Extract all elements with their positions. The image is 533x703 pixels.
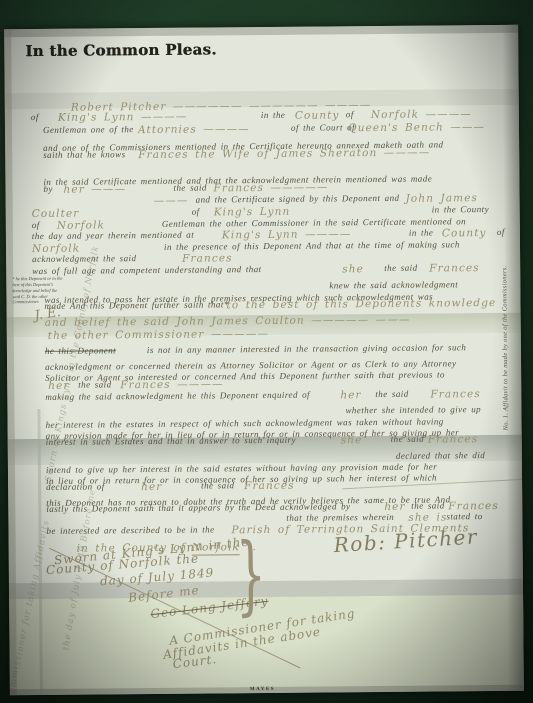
handwritten-text: Frances: [428, 433, 479, 445]
printed-text: of the Court of: [291, 122, 355, 133]
scanned-document: In the Common Pleas. Robert Pitcher ————…: [0, 0, 533, 703]
handwritten-text: County: [295, 109, 340, 121]
printed-text: of: [192, 207, 200, 217]
handwritten-text: Frances: [182, 252, 233, 264]
printed-text: made And this Deponent further saith tha…: [44, 299, 228, 311]
printer-mark: MAYES: [250, 687, 275, 692]
printed-text: interest in such Estates and that in ans…: [46, 435, 296, 447]
printed-text: stated to: [446, 511, 482, 521]
handwritten-text: County: [442, 227, 487, 239]
document-paper: In the Common Pleas. Robert Pitcher ————…: [4, 25, 524, 695]
handwritten-text: King's Lynn: [214, 206, 291, 219]
margin-footnote: * he this Deponent or to the best of thi…: [12, 276, 64, 306]
jurat-brace: }: [236, 532, 267, 618]
printed-text: the said: [391, 434, 424, 444]
handwritten-text: Frances the Wife of James Sheraton ————: [138, 147, 430, 162]
printed-text: the said: [384, 263, 417, 273]
handwritten-text: Norfolk ————: [371, 108, 472, 121]
jurat-block: Sworn at King's Lynn in theCounty of Nor…: [4, 25, 518, 29]
printed-text: the said: [78, 379, 111, 389]
paper-edge-shadow: [4, 25, 518, 37]
handwritten-text: Frances: [429, 262, 480, 274]
printed-text: the said: [201, 480, 234, 490]
handwritten-text: Frances —————: [213, 181, 328, 194]
printed-text: of: [497, 227, 505, 237]
printed-text: the said: [411, 500, 444, 510]
handwritten-text: Attornies ————: [138, 123, 250, 136]
side-form-label: No. 1. Affidavit to be made by one of th…: [501, 238, 515, 458]
handwritten-text: Queen's Bench ———: [348, 121, 485, 134]
printed-text: the day and year therein mentioned at: [32, 230, 194, 241]
handwritten-text: King's Lynn ————: [222, 228, 352, 241]
printed-text: that the premises wherein: [286, 512, 394, 523]
printed-text: be interested are described to be in the: [46, 524, 214, 535]
handwritten-text: she: [342, 263, 364, 275]
printed-text: making the said acknowledgment he this D…: [45, 390, 310, 402]
handwritten-text: ———: [154, 195, 189, 207]
handwritten-text: Frances ————: [120, 378, 223, 391]
paper-edge-shadow: [4, 29, 17, 695]
printed-text: acknowledgment the said: [32, 253, 136, 264]
printed-text: of: [346, 109, 354, 119]
printed-text: the said: [375, 389, 408, 399]
printed-text: in the County: [432, 204, 489, 215]
printed-text: of: [31, 112, 39, 122]
printed-text: the said: [173, 182, 206, 192]
handwritten-text: John James: [406, 192, 479, 205]
handwritten-text: her ———: [63, 183, 126, 196]
printed-text: saith that he knows: [43, 149, 125, 160]
printed-text: in the presence of this Deponent And tha…: [164, 239, 460, 252]
printed-text: was of full age and competent understand…: [32, 264, 261, 276]
printed-text: Gentleman one of the: [43, 124, 134, 135]
printed-text: by: [43, 184, 52, 194]
handwritten-text: King's Lynn ————: [58, 111, 188, 124]
printed-text: of: [32, 220, 40, 230]
printed-text: in the: [409, 228, 434, 238]
handwritten-text: she: [341, 434, 363, 446]
handwritten-text: Coulter: [32, 208, 80, 220]
document-body: Robert Pitcher —————— —————— ————ofKing'…: [4, 25, 518, 29]
printed-text: in the: [261, 110, 286, 120]
court-header: In the Common Pleas.: [25, 40, 217, 60]
printed-text: and the Certificate signed by this Depon…: [196, 193, 400, 205]
